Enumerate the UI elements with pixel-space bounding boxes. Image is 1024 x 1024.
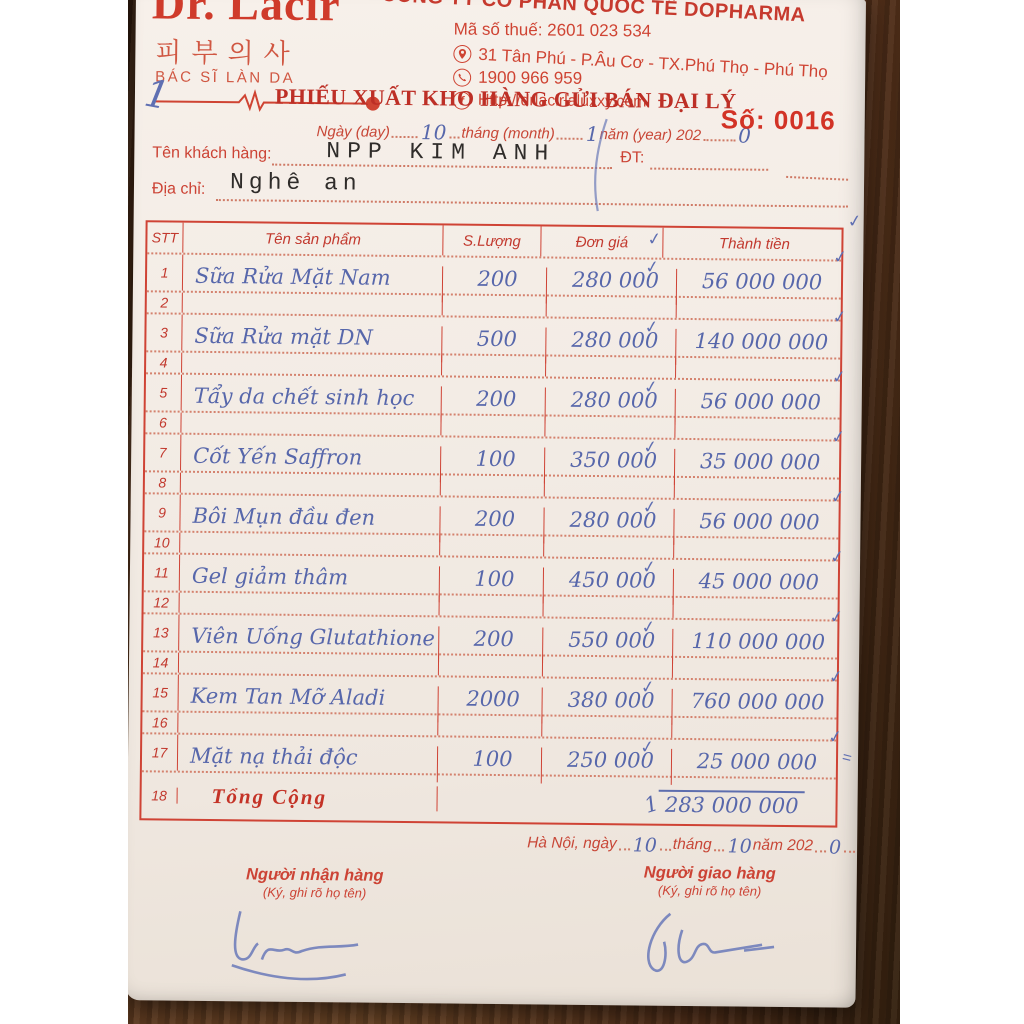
receipt-paper: Dr. Lacir 피부의사 BÁC SĨ LÀN DA CÔNG TY CỔ … [128, 0, 866, 1008]
row-number: 5 [146, 374, 182, 410]
quantity [446, 535, 544, 556]
product-name [179, 653, 439, 676]
line-total [671, 298, 853, 320]
line-total [666, 718, 848, 740]
unit-price [553, 477, 675, 498]
product-name [181, 473, 441, 496]
tax-code-text: Mã số thuế: 2601 023 534 [454, 20, 652, 42]
line-total [668, 538, 850, 560]
check-mark: ✓ [642, 437, 659, 459]
dotted-line [786, 176, 848, 181]
row-number: 17 [142, 734, 178, 770]
check-mark: ✓ [641, 557, 658, 579]
check-mark: ✓ [827, 727, 844, 749]
check-mark: ✓ [643, 377, 660, 399]
product-name [181, 413, 441, 436]
dotted-line [703, 139, 735, 141]
empty-cell [438, 798, 536, 799]
brand-korean-text: 피부의사 [155, 30, 300, 71]
place-prefix: Hà Nội, ngày [527, 834, 617, 853]
items-table: STT Tên sản phẩm S.Lượng Đơn giá Thành t… [139, 220, 843, 827]
handwritten-day: 10 [633, 834, 657, 856]
receiver-note: (Ký, ghi rõ họ tên) [205, 884, 425, 901]
dotted-line [449, 136, 459, 138]
tax-code-line: Mã số thuế: 2601 023 534 [454, 20, 866, 44]
quantity [448, 355, 546, 376]
receipt-number: Số: 0016 [721, 104, 836, 136]
check-mark: ✓ [640, 677, 657, 699]
unit-price [552, 597, 674, 618]
grand-total-value: 283 000 000 [659, 789, 805, 818]
check-mark: ✓ [831, 367, 848, 389]
row-number: 9 [144, 494, 180, 530]
customer-name-label: Tên khách hàng: [152, 144, 271, 163]
product-name [182, 353, 442, 376]
deliverer-signature [624, 903, 815, 993]
line-total [667, 658, 849, 680]
row-number: 11 [144, 554, 180, 590]
check-mark: ✓ [829, 547, 846, 569]
dotted-line [714, 849, 725, 851]
row-number: 3 [146, 314, 182, 350]
total-row: 18 Tổng Cộng 1 283 000 000 [141, 772, 835, 825]
unit-price [550, 717, 672, 738]
header-product: Tên sản phẩm [183, 223, 443, 256]
quantity [447, 475, 545, 496]
row-number: 13 [143, 614, 179, 650]
product-name [180, 593, 440, 616]
row-number: 6 [145, 412, 181, 432]
quantity [446, 595, 544, 616]
row-number: 1 [147, 254, 183, 290]
dotted-line [650, 168, 768, 171]
product-name [183, 293, 443, 316]
dotted-line [815, 850, 826, 852]
deliverer-title: Người giao hàng [595, 863, 825, 884]
year-word: năm 202 [753, 837, 814, 856]
brand-logo-text: Dr. Lacir [152, 0, 341, 31]
line-total [669, 418, 851, 440]
dotted-line [844, 851, 855, 853]
deliverer-note: (Ký, ghi rõ họ tên) [595, 882, 825, 899]
quantity [449, 295, 547, 316]
location-pin-icon [453, 45, 472, 64]
unit-price [551, 657, 673, 678]
customer-name-value: NPP KIM ANH [326, 138, 555, 166]
check-mark: ✓ [828, 667, 845, 689]
form-title: PHIẾU XUẤT KHO HÀNG GỬI BÁN ĐẠI LÝ [275, 84, 735, 115]
row-number: 10 [144, 532, 180, 552]
dotted-line [557, 138, 583, 140]
row-number: 2 [147, 292, 183, 312]
dotted-line [619, 848, 630, 850]
row-number: 18 [142, 787, 178, 803]
row-number: 14 [143, 652, 179, 672]
check-mark: ✓ [644, 257, 661, 279]
check-mark: ✓ [639, 737, 656, 759]
check-mark: ✓ [830, 427, 847, 449]
product-name [178, 713, 438, 736]
deliverer-signature-block: Người giao hàng (Ký, ghi rõ họ tên) [595, 863, 825, 899]
month-word: tháng [673, 836, 712, 854]
dotted-line [216, 199, 848, 208]
check-mark: ✓ [646, 229, 663, 251]
check-mark: ✓ [830, 487, 847, 509]
line-total [669, 478, 851, 500]
row-number: 16 [142, 712, 178, 732]
receiver-signature [218, 903, 459, 994]
check-mark: ✓ [828, 607, 845, 629]
receiver-title: Người nhận hàng [205, 865, 425, 886]
stray-pen-stroke [582, 115, 617, 215]
screenshot-canvas: Dr. Lacir 피부의사 BÁC SĨ LÀN DA CÔNG TY CỔ … [0, 0, 1024, 1024]
row-number: 8 [145, 472, 181, 492]
header-quantity: S.Lượng [443, 225, 541, 256]
quantity [447, 415, 545, 436]
empty-cell [536, 799, 658, 800]
grand-total-cell: 1 283 000 000 [657, 787, 839, 816]
dotted-line [660, 849, 671, 851]
line-total [667, 598, 849, 620]
place-date-line: Hà Nội, ngày 10 tháng 10 năm 202 0 [527, 830, 857, 855]
handwritten-month: 10 [727, 835, 751, 857]
phone-label: ĐT: [620, 149, 644, 167]
check-mark: ✓ [641, 497, 658, 519]
header-unit-price: Đơn giá [541, 226, 663, 257]
table-body: 1 Sữa Rửa Mặt Nam 200 280 000 56 000 000… [142, 254, 841, 779]
row-number: 12 [144, 592, 180, 612]
dotted-line [392, 136, 418, 138]
photo-of-receipt: Dr. Lacir 피부의사 BÁC SĨ LÀN DA CÔNG TY CỔ … [128, 0, 900, 1024]
receiver-signature-block: Người nhận hàng (Ký, ghi rõ họ tên) [205, 865, 425, 901]
header-line-total: Thành tiền [663, 228, 845, 260]
unit-price [552, 537, 674, 558]
unit-price [553, 417, 675, 438]
check-mark: ✓ [640, 617, 657, 639]
check-mark: ✓ [832, 247, 849, 269]
check-mark: ✓ [643, 317, 660, 339]
handwritten-year: 0 [829, 836, 841, 858]
customer-address-value: Nghê an [230, 169, 362, 196]
unit-price [554, 357, 676, 378]
phone-icon [453, 69, 471, 87]
check-mark: ✓ [831, 307, 848, 329]
total-label: Tổng Cộng [177, 783, 437, 811]
row-number: 4 [146, 352, 182, 372]
check-mark: ✓ [846, 211, 863, 233]
row-number: 15 [143, 674, 179, 710]
unit-price [555, 297, 677, 318]
row-number: 7 [145, 434, 181, 470]
quantity [445, 655, 543, 676]
product-name [180, 533, 440, 556]
address-label: Địa chỉ: [152, 180, 206, 199]
line-total [670, 358, 852, 380]
quantity [444, 715, 542, 736]
header-stt: STT [147, 222, 183, 252]
